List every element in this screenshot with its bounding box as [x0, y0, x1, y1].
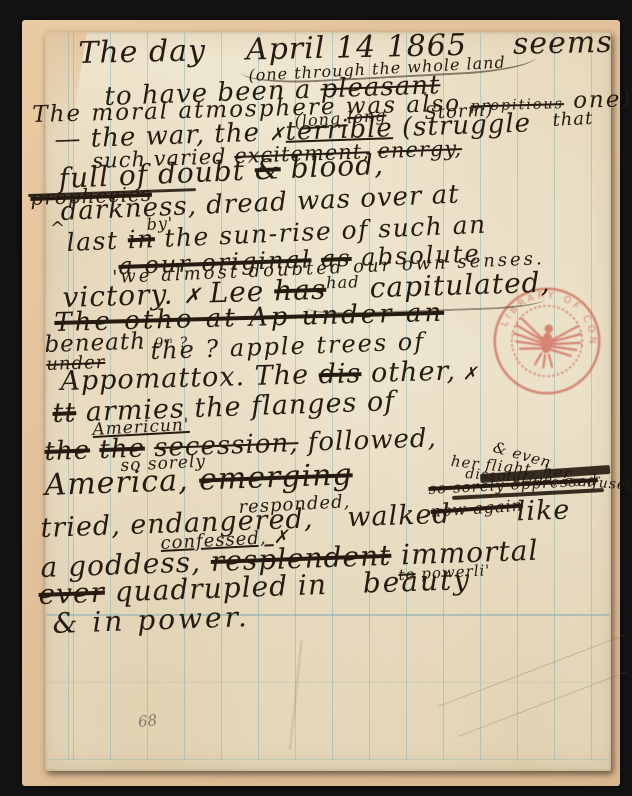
horizontal-rule-base — [47, 759, 609, 760]
struck-word: energy, — [377, 136, 462, 163]
word-segment: beauty — [362, 563, 471, 600]
struck-word: the — [44, 435, 91, 467]
caret-mark: ^ — [50, 218, 66, 239]
word-segment: followed, — [298, 423, 437, 458]
word-segment: that — [552, 108, 594, 131]
manuscript-line: & in power. — [52, 600, 250, 640]
word-segment: other, — [361, 356, 456, 389]
pencil-page-number: 68 — [137, 711, 158, 731]
struck-word: in — [127, 224, 155, 254]
struck-word: dis — [318, 358, 362, 390]
inserted-word: had — [326, 272, 360, 292]
word-segment: blood, — [280, 148, 385, 185]
word-segment: The day — [78, 33, 206, 71]
x-mark: ✗ — [456, 364, 479, 385]
word-segment: walked — [347, 499, 451, 534]
horizontal-rule-faint — [47, 682, 609, 683]
scanned-manuscript-photo: { "colors": { "background": "#141414", "… — [0, 0, 632, 796]
struck-word: & — [254, 152, 281, 186]
eagle-head — [544, 324, 554, 334]
word-segment: America, — [44, 463, 200, 503]
struck-word: tt — [52, 397, 77, 429]
word-segment: like — [516, 495, 571, 528]
